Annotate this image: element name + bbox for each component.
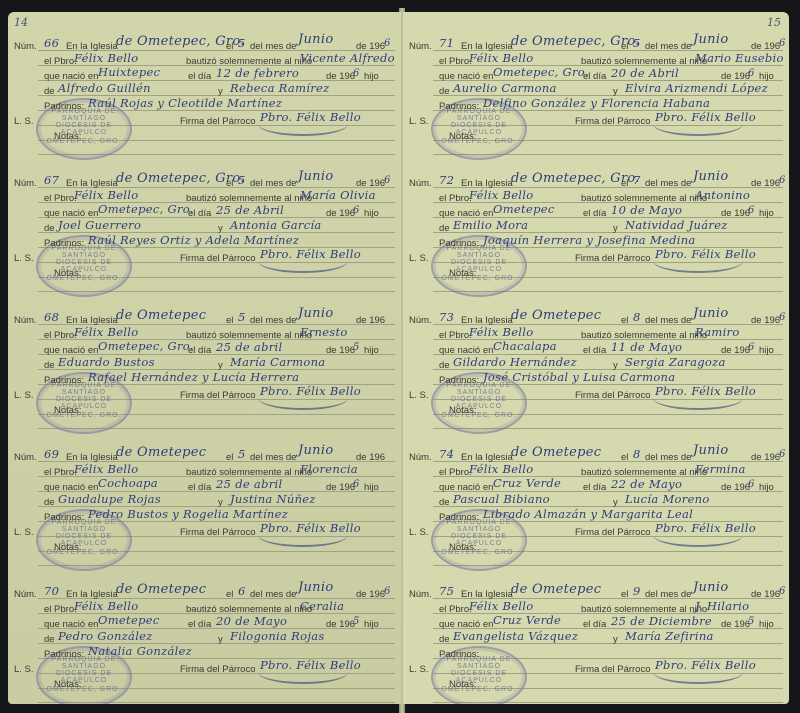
record-number: 74 bbox=[439, 447, 454, 461]
godparents-names: Joaquín Herrera y Josefina Medina bbox=[483, 233, 696, 247]
child-name: Vicente Alfredo bbox=[300, 51, 395, 65]
label-year: de 196 bbox=[751, 589, 780, 600]
birth-date: 25 de abril bbox=[216, 477, 282, 491]
label-born-year: de 196 bbox=[326, 619, 355, 630]
label-signature: Firma del Párroco bbox=[575, 116, 651, 127]
mother-name: María Zefirina bbox=[625, 629, 714, 643]
label-of: de bbox=[44, 634, 55, 645]
church-name: de Ometepec bbox=[116, 308, 206, 323]
label-child-of: hijo bbox=[759, 345, 774, 356]
child-name: María Olivia bbox=[300, 188, 376, 202]
birthplace: Chacalapa bbox=[493, 339, 557, 353]
label-signature: Firma del Párroco bbox=[180, 390, 256, 401]
birthplace: Ometepec, Gro. bbox=[98, 202, 194, 216]
birthplace: Huixtepec bbox=[98, 65, 160, 79]
label-of: de bbox=[439, 223, 450, 234]
birthplace: Cruz Verde bbox=[493, 476, 561, 490]
label-born-day: el día bbox=[188, 619, 211, 630]
birth-date: 20 de Mayo bbox=[216, 614, 287, 628]
label-month: del mes de bbox=[250, 315, 296, 326]
label-num: Núm. bbox=[14, 315, 37, 326]
birthplace: Ometepec bbox=[98, 613, 160, 627]
label-year: de 196 bbox=[356, 452, 385, 463]
godparents-names: Natalia González bbox=[88, 644, 192, 658]
label-day: el bbox=[621, 589, 628, 600]
label-num: Núm. bbox=[409, 589, 432, 600]
label-signature: Firma del Párroco bbox=[575, 527, 651, 538]
label-month: del mes de bbox=[250, 41, 296, 52]
signature-flourish bbox=[258, 523, 348, 547]
birth-date: 11 de Mayo bbox=[611, 340, 682, 354]
label-born-day: el día bbox=[188, 208, 211, 219]
signature-flourish bbox=[653, 249, 743, 273]
signature-flourish bbox=[653, 386, 743, 410]
child-name: Ceralia bbox=[300, 599, 344, 613]
godparents-names: Delfino González y Florencia Habana bbox=[483, 96, 710, 110]
record-number: 72 bbox=[439, 173, 454, 187]
father-name: Gildardo Hernández bbox=[453, 355, 577, 369]
label-ls: L. S. bbox=[409, 116, 429, 127]
birth-year: 6 bbox=[748, 205, 755, 216]
church-name: de Ometepec bbox=[116, 445, 206, 460]
right-page: 15 PARROQUIA DE SANTIAGO DIOCESIS DE ACA… bbox=[403, 12, 789, 704]
priest-name: Félix Bello bbox=[74, 325, 139, 339]
label-born-day: el día bbox=[188, 482, 211, 493]
label-signature: Firma del Párroco bbox=[180, 116, 256, 127]
baptism-year: 6 bbox=[384, 175, 391, 186]
signature-flourish bbox=[653, 660, 743, 684]
label-child-of: hijo bbox=[364, 619, 379, 630]
label-priest: el Pbro. bbox=[439, 467, 472, 478]
label-ls: L. S. bbox=[14, 664, 34, 675]
label-month: del mes de bbox=[645, 41, 691, 52]
signature-flourish bbox=[258, 660, 348, 684]
label-ls: L. S. bbox=[409, 390, 429, 401]
label-signature: Firma del Párroco bbox=[575, 390, 651, 401]
record-number: 70 bbox=[44, 584, 59, 598]
father-name: Alfredo Guillén bbox=[58, 81, 151, 95]
form-line bbox=[433, 643, 783, 644]
label-of: de bbox=[44, 360, 55, 371]
birth-date: 12 de febrero bbox=[216, 66, 299, 80]
label-godparents: Padrinos: bbox=[439, 238, 479, 249]
birthplace: Ometepec bbox=[493, 202, 555, 216]
label-signature: Firma del Párroco bbox=[180, 527, 256, 538]
priest-name: Félix Bello bbox=[74, 462, 139, 476]
baptism-day: 7 bbox=[633, 173, 641, 187]
father-name: Joel Guerrero bbox=[58, 218, 141, 232]
label-year: de 196 bbox=[751, 452, 780, 463]
label-child-of: hijo bbox=[759, 482, 774, 493]
label-num: Núm. bbox=[409, 178, 432, 189]
label-notes: Notas: bbox=[54, 542, 81, 553]
label-day: el bbox=[226, 452, 233, 463]
baptism-day: 8 bbox=[633, 310, 641, 324]
label-godparents: Padrinos: bbox=[44, 649, 84, 660]
label-month: del mes de bbox=[645, 452, 691, 463]
baptism-record: PARROQUIA DE SANTIAGO DIOCESIS DE ACAPUL… bbox=[403, 20, 789, 158]
priest-name: Félix Bello bbox=[74, 599, 139, 613]
baptism-record: PARROQUIA DE SANTIAGO DIOCESIS DE ACAPUL… bbox=[403, 431, 789, 569]
label-born-year: de 196 bbox=[326, 345, 355, 356]
label-num: Núm. bbox=[409, 315, 432, 326]
label-month: del mes de bbox=[250, 178, 296, 189]
baptism-year: 6 bbox=[779, 175, 786, 186]
baptism-month: Junio bbox=[298, 32, 333, 47]
label-of: de bbox=[439, 634, 450, 645]
label-priest: el Pbro. bbox=[439, 604, 472, 615]
father-name: Evangelista Vázquez bbox=[453, 629, 578, 643]
label-ls: L. S. bbox=[14, 116, 34, 127]
birthplace: Ometepec, Gro. bbox=[98, 339, 194, 353]
record-number: 68 bbox=[44, 310, 59, 324]
label-priest: el Pbro. bbox=[44, 330, 77, 341]
mother-name: Antonia García bbox=[230, 218, 322, 232]
label-day: el bbox=[621, 315, 628, 326]
baptism-month: Junio bbox=[693, 443, 728, 458]
label-num: Núm. bbox=[14, 452, 37, 463]
label-and: y bbox=[613, 634, 618, 645]
signature-flourish bbox=[653, 112, 743, 136]
baptism-year: 6 bbox=[779, 449, 786, 460]
label-day: el bbox=[226, 41, 233, 52]
baptism-record: PARROQUIA DE SANTIAGO DIOCESIS DE ACAPUL… bbox=[403, 157, 789, 295]
baptism-record: PARROQUIA DE SANTIAGO DIOCESIS DE ACAPUL… bbox=[8, 20, 401, 158]
priest-name: Félix Bello bbox=[469, 325, 534, 339]
label-godparents: Padrinos: bbox=[439, 101, 479, 112]
label-num: Núm. bbox=[14, 41, 37, 52]
child-name: Antonino bbox=[695, 188, 750, 202]
label-born-day: el día bbox=[188, 345, 211, 356]
birth-date: 25 de Abril bbox=[216, 203, 284, 217]
birth-year: 5 bbox=[353, 616, 360, 627]
label-born-year: de 196 bbox=[326, 71, 355, 82]
label-of: de bbox=[44, 86, 55, 97]
birth-date: 25 de abril bbox=[216, 340, 282, 354]
label-month: del mes de bbox=[645, 178, 691, 189]
baptism-year: 6 bbox=[779, 38, 786, 49]
priest-name: Félix Bello bbox=[74, 51, 139, 65]
label-godparents: Padrinos: bbox=[439, 649, 479, 660]
label-notes: Notas: bbox=[449, 268, 476, 279]
signature-flourish bbox=[258, 386, 348, 410]
label-of: de bbox=[439, 86, 450, 97]
father-name: Guadalupe Rojas bbox=[58, 492, 161, 506]
label-born-year: de 196 bbox=[326, 208, 355, 219]
label-priest: el Pbro. bbox=[44, 604, 77, 615]
baptism-day: 5 bbox=[238, 310, 246, 324]
child-name: Fermina bbox=[695, 462, 746, 476]
birth-year: 5 bbox=[353, 342, 360, 353]
label-year: de 196 bbox=[356, 315, 385, 326]
label-of: de bbox=[44, 497, 55, 508]
label-priest: el Pbro. bbox=[44, 56, 77, 67]
record-number: 66 bbox=[44, 36, 59, 50]
baptism-day: 8 bbox=[633, 447, 641, 461]
record-number: 69 bbox=[44, 447, 59, 461]
record-number: 71 bbox=[439, 36, 454, 50]
father-name: Emilio Mora bbox=[453, 218, 528, 232]
label-notes: Notas: bbox=[54, 405, 81, 416]
signature-flourish bbox=[258, 249, 348, 273]
child-name: Ramiro bbox=[695, 325, 740, 339]
baptism-month: Junio bbox=[693, 306, 728, 321]
label-notes: Notas: bbox=[54, 268, 81, 279]
label-notes: Notas: bbox=[54, 131, 81, 142]
label-child-of: hijo bbox=[364, 345, 379, 356]
baptism-month: Junio bbox=[693, 32, 728, 47]
birth-date: 10 de Mayo bbox=[611, 203, 682, 217]
label-notes: Notas: bbox=[449, 542, 476, 553]
label-child-of: hijo bbox=[759, 208, 774, 219]
baptism-record: PARROQUIA DE SANTIAGO DIOCESIS DE ACAPUL… bbox=[8, 294, 401, 432]
label-of: de bbox=[439, 360, 450, 371]
baptism-day: 9 bbox=[633, 584, 641, 598]
priest-name: Félix Bello bbox=[469, 51, 534, 65]
label-signature: Firma del Párroco bbox=[575, 253, 651, 264]
child-name: Florencia bbox=[300, 462, 358, 476]
father-name: Pedro González bbox=[58, 629, 153, 643]
baptism-month: Junio bbox=[298, 443, 333, 458]
birth-date: 25 de Diciembre bbox=[611, 614, 712, 628]
label-born-day: el día bbox=[583, 482, 606, 493]
label-godparents: Padrinos: bbox=[439, 375, 479, 386]
godparents-names: Pedro Bustos y Rogelia Martínez bbox=[88, 507, 288, 521]
left-page: 14 PARROQUIA DE SANTIAGO DIOCESIS DE ACA… bbox=[8, 12, 401, 704]
baptism-year: 6 bbox=[384, 38, 391, 49]
baptism-year: 6 bbox=[779, 586, 786, 597]
label-born-day: el día bbox=[583, 619, 606, 630]
label-godparents: Padrinos: bbox=[44, 101, 84, 112]
priest-name: Félix Bello bbox=[469, 462, 534, 476]
father-name: Eduardo Bustos bbox=[58, 355, 155, 369]
birth-year: 6 bbox=[353, 479, 360, 490]
mother-name: Lucía Moreno bbox=[625, 492, 710, 506]
church-name: de Ometepec bbox=[511, 308, 601, 323]
baptism-record: PARROQUIA DE SANTIAGO DIOCESIS DE ACAPUL… bbox=[8, 157, 401, 295]
baptism-day: 5 bbox=[633, 36, 641, 50]
label-signature: Firma del Párroco bbox=[180, 253, 256, 264]
record-number: 73 bbox=[439, 310, 454, 324]
godparents-names: Raúl Reyes Ortiz y Adela Martínez bbox=[88, 233, 299, 247]
label-born-year: de 196 bbox=[721, 482, 750, 493]
baptism-day: 5 bbox=[238, 36, 246, 50]
mother-name: Elvira Arizmendi López bbox=[625, 81, 768, 95]
birth-year: 6 bbox=[748, 68, 755, 79]
label-godparents: Padrinos: bbox=[44, 375, 84, 386]
label-day: el bbox=[226, 589, 233, 600]
baptism-month: Junio bbox=[298, 580, 333, 595]
church-name: de Ometepec bbox=[511, 582, 601, 597]
label-born-year: de 196 bbox=[326, 482, 355, 493]
label-month: del mes de bbox=[645, 315, 691, 326]
label-day: el bbox=[226, 315, 233, 326]
child-name: Mario Eusebio bbox=[695, 51, 784, 65]
record-number: 75 bbox=[439, 584, 454, 598]
label-day: el bbox=[621, 41, 628, 52]
label-num: Núm. bbox=[14, 589, 37, 600]
mother-name: Filogonia Rojas bbox=[230, 629, 325, 643]
baptism-year: 6 bbox=[779, 312, 786, 323]
godparents-names: Rafael Hernández y Lucía Herrera bbox=[88, 370, 299, 384]
label-signature: Firma del Párroco bbox=[180, 664, 256, 675]
birthplace: Ometepec, Gro. bbox=[493, 65, 589, 79]
label-ls: L. S. bbox=[409, 527, 429, 538]
label-year: de 196 bbox=[751, 315, 780, 326]
label-born-day: el día bbox=[583, 71, 606, 82]
birth-date: 22 de Mayo bbox=[611, 477, 682, 491]
label-ls: L. S. bbox=[14, 527, 34, 538]
label-ls: L. S. bbox=[409, 664, 429, 675]
label-ls: L. S. bbox=[14, 253, 34, 264]
label-signature: Firma del Párroco bbox=[575, 664, 651, 675]
label-ls: L. S. bbox=[14, 390, 34, 401]
birth-year: 5 bbox=[748, 616, 755, 627]
label-godparents: Padrinos: bbox=[439, 512, 479, 523]
label-notes: Notas: bbox=[54, 679, 81, 690]
priest-name: Félix Bello bbox=[74, 188, 139, 202]
child-name: J. Hilario bbox=[695, 599, 749, 613]
label-notes: Notas: bbox=[449, 131, 476, 142]
birth-year: 6 bbox=[748, 342, 755, 353]
mother-name: Rebeca Ramírez bbox=[230, 81, 330, 95]
label-month: del mes de bbox=[645, 589, 691, 600]
label-child-of: hijo bbox=[364, 71, 379, 82]
label-year: de 196 bbox=[751, 178, 780, 189]
baptism-record: PARROQUIA DE SANTIAGO DIOCESIS DE ACAPUL… bbox=[403, 568, 789, 704]
baptism-month: Junio bbox=[298, 306, 333, 321]
label-child-of: hijo bbox=[759, 619, 774, 630]
godparents-names: Raúl Rojas y Cleotilde Martínez bbox=[88, 96, 282, 110]
label-born-year: de 196 bbox=[721, 619, 750, 630]
label-and: y bbox=[218, 634, 223, 645]
baptism-record: PARROQUIA DE SANTIAGO DIOCESIS DE ACAPUL… bbox=[8, 431, 401, 569]
label-born-day: el día bbox=[188, 71, 211, 82]
baptism-day: 6 bbox=[238, 584, 246, 598]
label-priest: el Pbro. bbox=[44, 467, 77, 478]
label-child-of: hijo bbox=[364, 208, 379, 219]
birth-year: 6 bbox=[353, 205, 360, 216]
baptism-year: 6 bbox=[384, 586, 391, 597]
priest-name: Félix Bello bbox=[469, 599, 534, 613]
label-month: del mes de bbox=[250, 589, 296, 600]
baptism-day: 5 bbox=[238, 447, 246, 461]
baptism-month: Junio bbox=[693, 580, 728, 595]
priest-name: Félix Bello bbox=[469, 188, 534, 202]
label-year: de 196 bbox=[356, 589, 385, 600]
label-num: Núm. bbox=[409, 41, 432, 52]
label-ls: L. S. bbox=[409, 253, 429, 264]
label-day: el bbox=[226, 178, 233, 189]
baptism-month: Junio bbox=[693, 169, 728, 184]
label-godparents: Padrinos: bbox=[44, 512, 84, 523]
church-name: de Ometepec bbox=[511, 445, 601, 460]
label-notes: Notas: bbox=[449, 405, 476, 416]
birth-year: 6 bbox=[353, 68, 360, 79]
mother-name: Justina Núñez bbox=[230, 492, 316, 506]
label-day: el bbox=[621, 178, 628, 189]
label-priest: el Pbro. bbox=[439, 330, 472, 341]
label-godparents: Padrinos: bbox=[44, 238, 84, 249]
label-of: de bbox=[44, 223, 55, 234]
label-month: del mes de bbox=[250, 452, 296, 463]
birthplace: Cochoapa bbox=[98, 476, 158, 490]
label-day: el bbox=[621, 452, 628, 463]
child-name: Ernesto bbox=[300, 325, 348, 339]
label-of: de bbox=[439, 497, 450, 508]
signature-flourish bbox=[653, 523, 743, 547]
father-name: Pascual Bibiano bbox=[453, 492, 550, 506]
father-name: Aurelio Carmona bbox=[453, 81, 557, 95]
birthplace: Cruz Verde bbox=[493, 613, 561, 627]
baptism-month: Junio bbox=[298, 169, 333, 184]
baptism-record: PARROQUIA DE SANTIAGO DIOCESIS DE ACAPUL… bbox=[403, 294, 789, 432]
label-born-day: el día bbox=[583, 208, 606, 219]
record-number: 67 bbox=[44, 173, 59, 187]
mother-name: Sergia Zaragoza bbox=[625, 355, 726, 369]
baptism-record: PARROQUIA DE SANTIAGO DIOCESIS DE ACAPUL… bbox=[8, 568, 401, 704]
label-priest: el Pbro. bbox=[439, 193, 472, 204]
birth-year: 6 bbox=[748, 479, 755, 490]
mother-name: María Carmona bbox=[230, 355, 325, 369]
label-born-day: el día bbox=[583, 345, 606, 356]
label-num: Núm. bbox=[14, 178, 37, 189]
label-notes: Notas: bbox=[449, 679, 476, 690]
signature-flourish bbox=[258, 112, 348, 136]
church-name: de Ometepec bbox=[116, 582, 206, 597]
label-priest: el Pbro. bbox=[439, 56, 472, 67]
label-priest: el Pbro. bbox=[44, 193, 77, 204]
godparents-names: Librado Almazán y Margarita Leal bbox=[483, 507, 693, 521]
godparents-names: José Cristóbal y Luisa Carmona bbox=[483, 370, 675, 384]
birth-date: 20 de Abril bbox=[611, 66, 679, 80]
label-num: Núm. bbox=[409, 452, 432, 463]
label-child-of: hijo bbox=[364, 482, 379, 493]
baptism-day: 5 bbox=[238, 173, 246, 187]
mother-name: Natividad Juárez bbox=[625, 218, 728, 232]
